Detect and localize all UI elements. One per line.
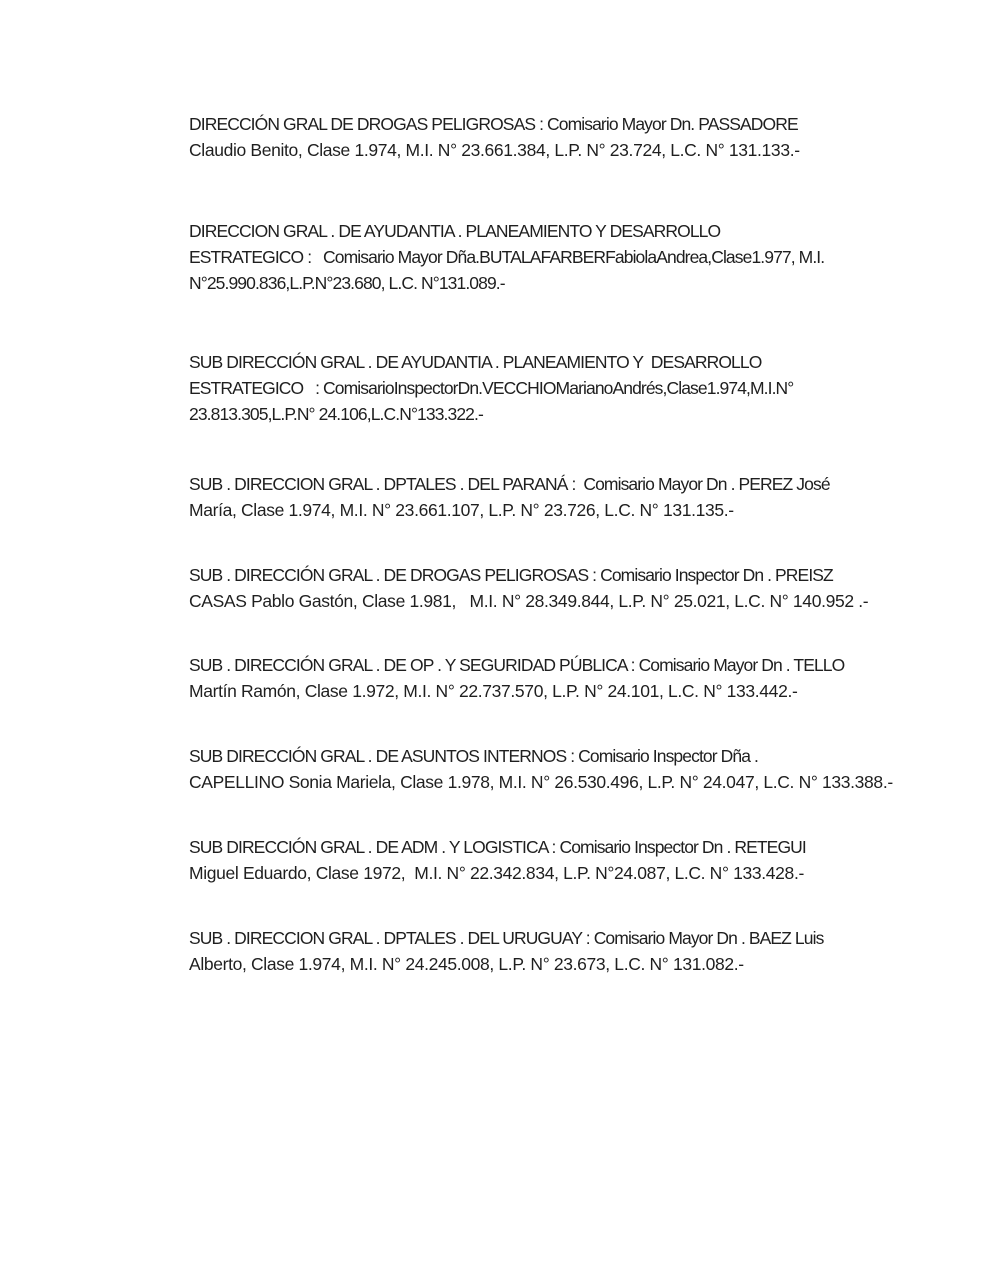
entry-heading-line: DIRECCIÓN GRAL DE DROGAS PELIGROSAS : Co… <box>189 111 800 137</box>
entry-detail-line: CASAS Pablo Gastón, Clase 1.981, M.I. N°… <box>189 588 868 614</box>
entry-detail-line: Martín Ramón, Clase 1.972, M.I. N° 22.73… <box>189 678 844 704</box>
entry-detail-line: CAPELLINO Sonia Mariela, Clase 1.978, M.… <box>189 769 893 795</box>
entry-detail-line: 23.813.305,L.P.N° 24.106,L.C.N°133.322.- <box>189 401 793 427</box>
entry-detail-line: Miguel Eduardo, Clase 1972, M.I. N° 22.3… <box>189 860 806 886</box>
entry-heading-line: DIRECCION GRAL . DE AYUDANTIA . PLANEAMI… <box>189 218 824 244</box>
entry-detail-line: ESTRATEGICO : Comisario Mayor Dña.BUTALA… <box>189 244 824 270</box>
entry-direccion-drogas-peligrosas: DIRECCIÓN GRAL DE DROGAS PELIGROSAS : Co… <box>189 111 800 163</box>
entry-detail-line: ESTRATEGICO : ComisarioInspectorDn.VECCH… <box>189 375 793 401</box>
entry-heading-line: SUB . DIRECCIÓN GRAL . DE OP . Y SEGURID… <box>189 652 844 678</box>
entry-subdireccion-drogas-peligrosas: SUB . DIRECCIÓN GRAL . DE DROGAS PELIGRO… <box>189 562 868 614</box>
entry-subdireccion-ayudantia: SUB DIRECCIÓN GRAL . DE AYUDANTIA . PLAN… <box>189 349 793 427</box>
entry-detail-line: N°25.990.836,L.P.N°23.680, L.C. N°131.08… <box>189 270 824 296</box>
entry-subdireccion-parana: SUB . DIRECCION GRAL . DPTALES . DEL PAR… <box>189 471 830 523</box>
entry-detail-line: Alberto, Clase 1.974, M.I. N° 24.245.008… <box>189 951 823 977</box>
entry-direccion-ayudantia: DIRECCION GRAL . DE AYUDANTIA . PLANEAMI… <box>189 218 824 296</box>
document-page: DIRECCIÓN GRAL DE DROGAS PELIGROSAS : Co… <box>0 0 988 1280</box>
entry-subdireccion-seguridad-publica: SUB . DIRECCIÓN GRAL . DE OP . Y SEGURID… <box>189 652 844 704</box>
entry-detail-line: María, Clase 1.974, M.I. N° 23.661.107, … <box>189 497 830 523</box>
entry-heading-line: SUB DIRECCIÓN GRAL . DE ASUNTOS INTERNOS… <box>189 743 893 769</box>
entry-heading-line: SUB . DIRECCION GRAL . DPTALES . DEL URU… <box>189 925 823 951</box>
entry-heading-line: SUB DIRECCIÓN GRAL . DE AYUDANTIA . PLAN… <box>189 349 793 375</box>
entry-heading-line: SUB DIRECCIÓN GRAL . DE ADM . Y LOGISTIC… <box>189 834 806 860</box>
entry-heading-line: SUB . DIRECCION GRAL . DPTALES . DEL PAR… <box>189 471 830 497</box>
entry-subdireccion-asuntos-internos: SUB DIRECCIÓN GRAL . DE ASUNTOS INTERNOS… <box>189 743 893 795</box>
entry-detail-line: Claudio Benito, Clase 1.974, M.I. N° 23.… <box>189 137 800 163</box>
entry-subdireccion-uruguay: SUB . DIRECCION GRAL . DPTALES . DEL URU… <box>189 925 823 977</box>
entry-heading-line: SUB . DIRECCIÓN GRAL . DE DROGAS PELIGRO… <box>189 562 868 588</box>
entry-subdireccion-adm-logistica: SUB DIRECCIÓN GRAL . DE ADM . Y LOGISTIC… <box>189 834 806 886</box>
